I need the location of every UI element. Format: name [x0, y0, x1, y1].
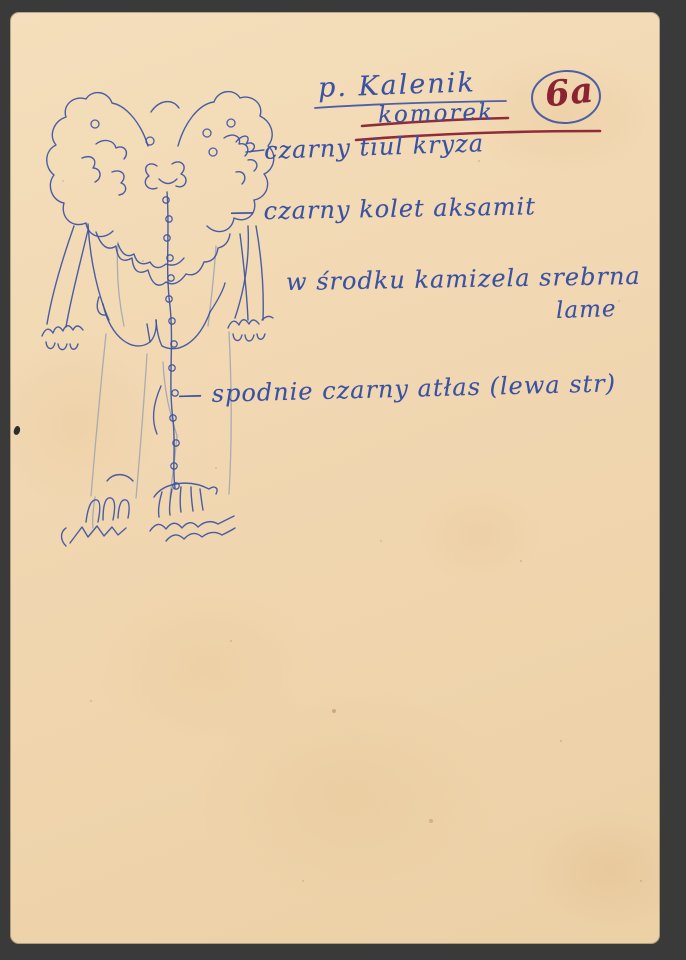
breeches-accent	[154, 386, 161, 434]
collar-left-rosette	[47, 93, 154, 237]
name-line: p. Kalenik	[318, 67, 477, 103]
torso-and-buttons	[88, 192, 248, 489]
waistline	[97, 283, 225, 349]
crossed-out-word: komorek	[378, 99, 495, 128]
page-number: 6a	[543, 70, 596, 116]
collar-center-bow	[96, 102, 230, 286]
right-shoe	[150, 483, 235, 541]
scanned-note-page: { "document": { "kind": "handwritten cos…	[0, 0, 686, 960]
annotation-doublet: — czarny kolet aksamit	[230, 192, 536, 225]
annotation-vest-line2: lame	[556, 296, 617, 324]
left-shoe	[62, 475, 134, 546]
